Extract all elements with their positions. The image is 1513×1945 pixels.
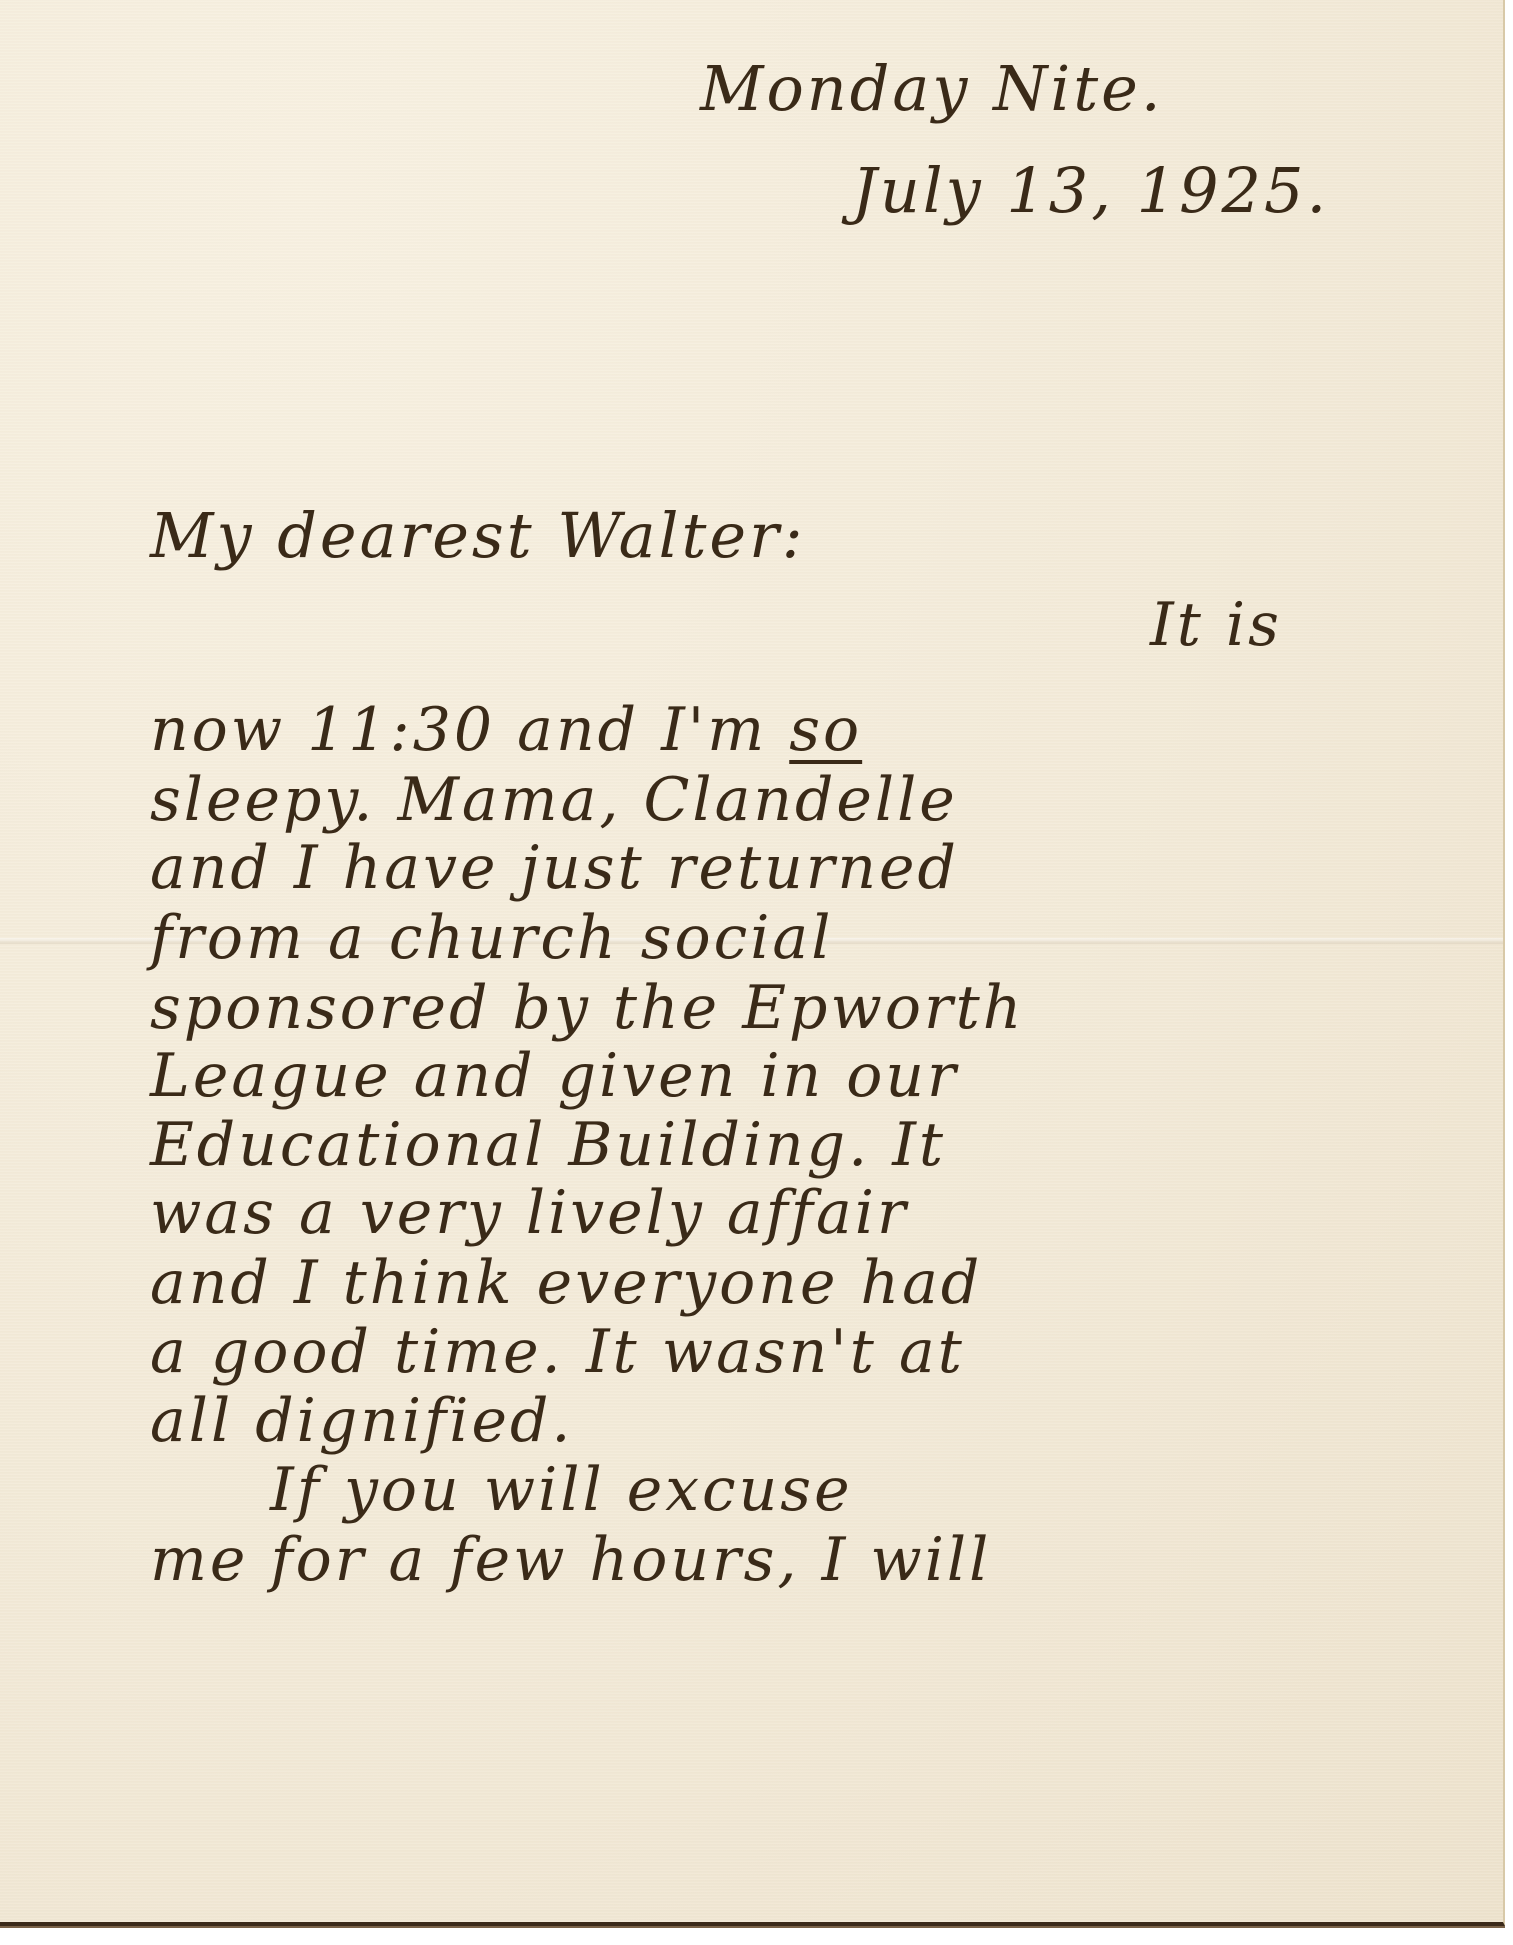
body-line: now 11:30 and I'm so <box>150 700 862 760</box>
body-line: If you will excuse <box>270 1460 853 1520</box>
emphasized-word: so <box>789 695 862 765</box>
body-line: sleepy. Mama, Clandelle <box>150 770 958 830</box>
body-line: Educational Building. It <box>150 1115 946 1175</box>
body-line: League and given in our <box>150 1046 959 1106</box>
dateline-day: Monday Nite. <box>700 58 1164 120</box>
salutation: My dearest Walter: <box>150 505 806 567</box>
body-line: a good time. It wasn't at <box>150 1322 965 1382</box>
dateline-date: July 13, 1925. <box>852 160 1329 222</box>
body-line: all dignified. <box>150 1391 573 1451</box>
body-line: was a very lively affair <box>150 1183 909 1243</box>
body-line: and I have just returned <box>150 838 959 898</box>
letter-page: Monday Nite. July 13, 1925. My dearest W… <box>0 0 1505 1926</box>
body-line: sponsored by the Epworth <box>150 978 1024 1038</box>
body-line-text: now 11:30 and I'm <box>150 695 789 765</box>
body-line: me for a few hours, I will <box>150 1530 991 1590</box>
body-line: It is <box>1150 595 1282 655</box>
body-line: from a church social <box>150 908 833 968</box>
body-line: and I think everyone had <box>150 1253 982 1313</box>
